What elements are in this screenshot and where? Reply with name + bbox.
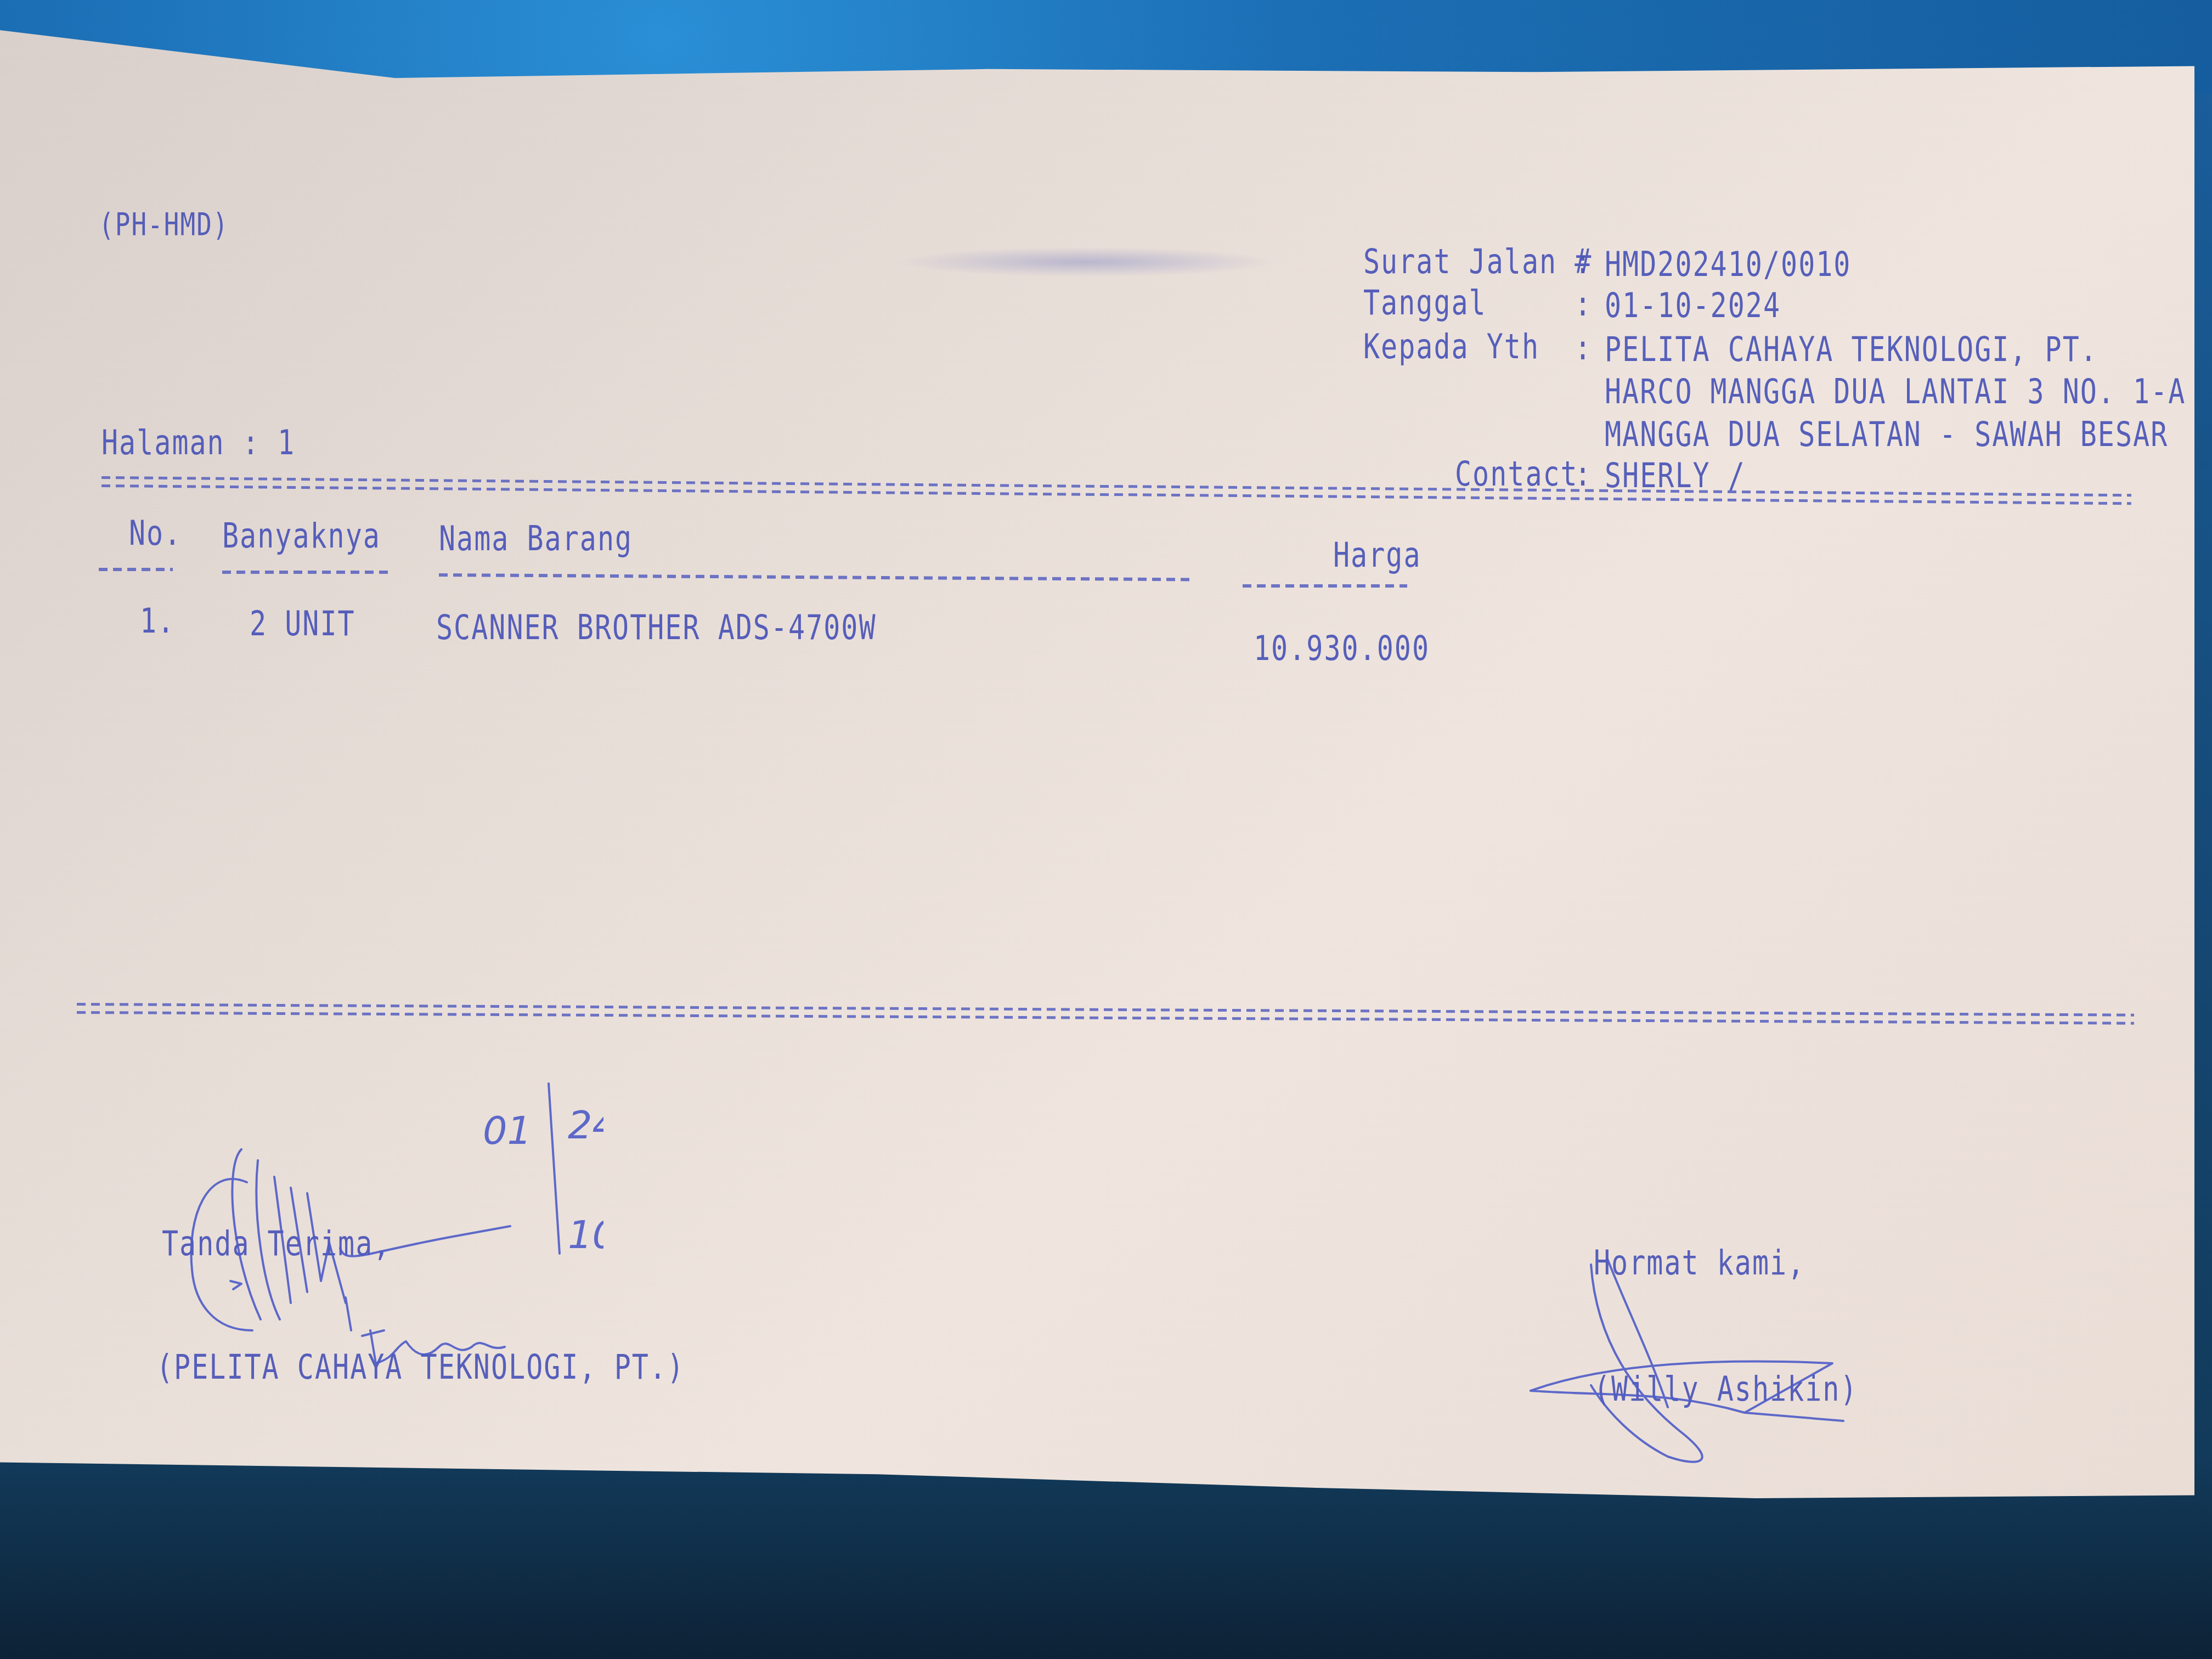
footer-separator (77, 1001, 2134, 1026)
delivery-note-paper: (PH-HMD) Surat Jalan # : HMD202410/0010 … (0, 30, 2194, 1525)
receiver-date-year: 24 (568, 1103, 603, 1148)
receiver-date-month: 10 (568, 1212, 603, 1257)
column-underline-nama-barang (439, 573, 1193, 581)
page-number: Halaman : 1 (101, 422, 295, 462)
column-header-nama-barang: Nama Barang (439, 518, 633, 558)
receiver-date-day: 01 (483, 1108, 532, 1153)
column-underline-no (99, 568, 173, 571)
tanggal-value: 01-10-2024 (1605, 285, 1781, 325)
row-harga: 10.930.000 (1254, 628, 1430, 668)
sender-signature-icon (1525, 1254, 1887, 1484)
branch-code: (PH-HMD) (99, 206, 229, 243)
separator: : (1575, 284, 1592, 324)
kepada-label: Kepada Yth (1363, 326, 1539, 366)
row-nama-barang: SCANNER BROTHER ADS-4700W (436, 607, 877, 647)
surat-jalan-label: Surat Jalan # (1363, 241, 1592, 281)
column-header-harga: Harga (1333, 535, 1421, 575)
kepada-line-2: HARCO MANGGA DUA LANTAI 3 NO. 1-A (1605, 371, 2186, 411)
column-underline-banyaknya (222, 571, 392, 574)
separator: : (1575, 241, 1592, 281)
smudged-text (894, 247, 1278, 277)
column-header-banyaknya: Banyaknya (222, 516, 381, 556)
surat-jalan-number: HMD202410/0010 (1605, 244, 1851, 284)
separator: : (1575, 328, 1592, 368)
column-underline-harga (1243, 584, 1407, 588)
header-separator (101, 475, 2131, 506)
column-header-no: No. (129, 513, 182, 553)
tanggal-label: Tanggal (1363, 283, 1487, 323)
row-banyaknya: 2 UNIT (250, 603, 356, 644)
kepada-line-3: MANGGA DUA SELATAN - SAWAH BESAR (1605, 414, 2168, 454)
receiver-signature-icon: 01 24 10 (165, 1073, 603, 1380)
row-no: 1. (140, 601, 175, 641)
kepada-line-1: PELITA CAHAYA TEKNOLOGI, PT. (1605, 329, 2098, 369)
